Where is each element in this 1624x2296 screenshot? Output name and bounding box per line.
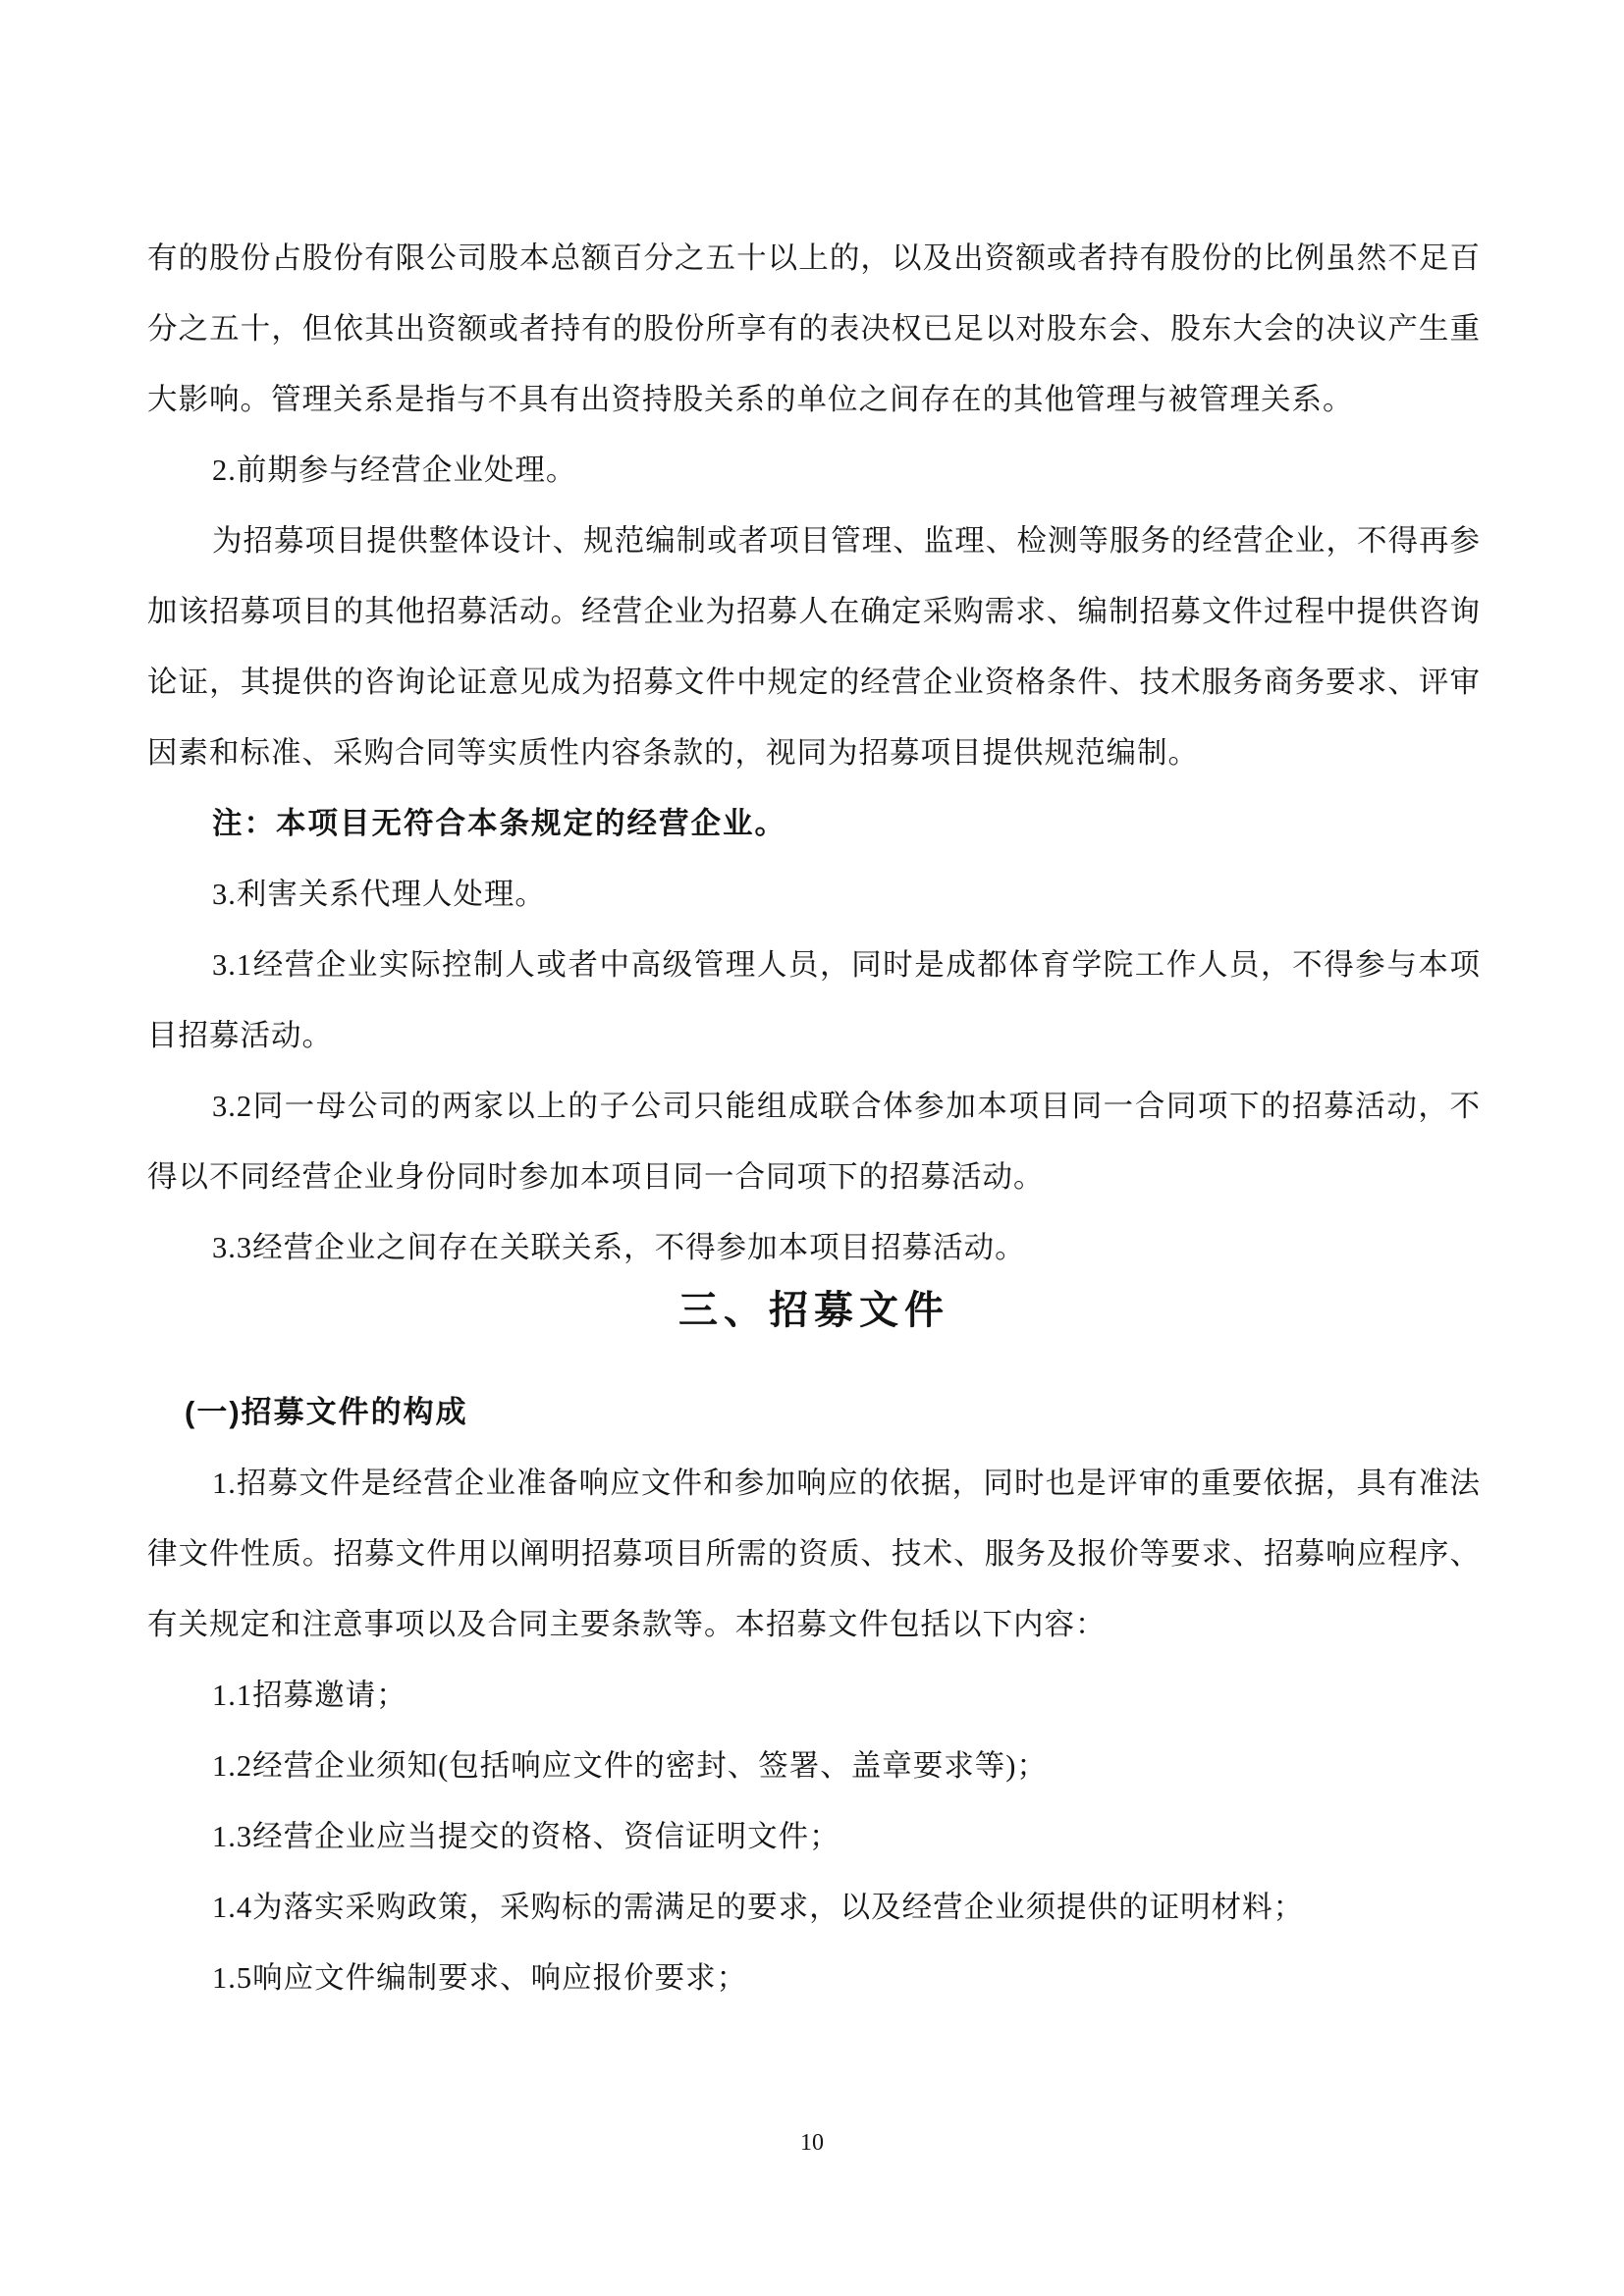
body-paragraph: 有的股份占股份有限公司股本总额百分之五十以上的，以及出资额或者持有股份的比例虽然… <box>147 223 1481 435</box>
body-paragraph: 3.利害关系代理人处理。 <box>147 859 1481 930</box>
body-paragraph: 3.2同一母公司的两家以上的子公司只能组成联合体参加本项目同一合同项下的招募活动… <box>147 1071 1481 1212</box>
body-paragraph: 3.1经营企业实际控制人或者中高级管理人员，同时是成都体育学院工作人员，不得参与… <box>147 930 1481 1071</box>
note-paragraph: 注：本项目无符合本条规定的经营企业。 <box>147 788 1481 859</box>
list-item: 1.5响应文件编制要求、响应报价要求； <box>147 1943 1481 2013</box>
body-paragraph: 为招募项目提供整体设计、规范编制或者项目管理、监理、检测等服务的经营企业，不得再… <box>147 506 1481 788</box>
list-item: 1.1招募邀请； <box>147 1660 1481 1731</box>
section-heading: 三、招募文件 <box>147 1283 1481 1338</box>
document-page: 有的股份占股份有限公司股本总额百分之五十以上的，以及出资额或者持有股份的比例虽然… <box>0 0 1624 2296</box>
document-body: 有的股份占股份有限公司股本总额百分之五十以上的，以及出资额或者持有股份的比例虽然… <box>147 223 1481 2013</box>
list-item: 1.2经营企业须知(包括响应文件的密封、签署、盖章要求等)； <box>147 1731 1481 1801</box>
body-paragraph: 2.前期参与经营企业处理。 <box>147 435 1481 506</box>
list-item: 1.3经营企业应当提交的资格、资信证明文件； <box>147 1801 1481 1872</box>
subsection-heading: (一)招募文件的构成 <box>147 1377 1481 1448</box>
list-item: 1.4为落实采购政策，采购标的需满足的要求，以及经营企业须提供的证明材料； <box>147 1872 1481 1943</box>
body-paragraph: 1.招募文件是经营企业准备响应文件和参加响应的依据，同时也是评审的重要依据，具有… <box>147 1448 1481 1660</box>
body-paragraph: 3.3经营企业之间存在关联关系，不得参加本项目招募活动。 <box>147 1212 1481 1283</box>
page-number: 10 <box>0 2128 1624 2158</box>
